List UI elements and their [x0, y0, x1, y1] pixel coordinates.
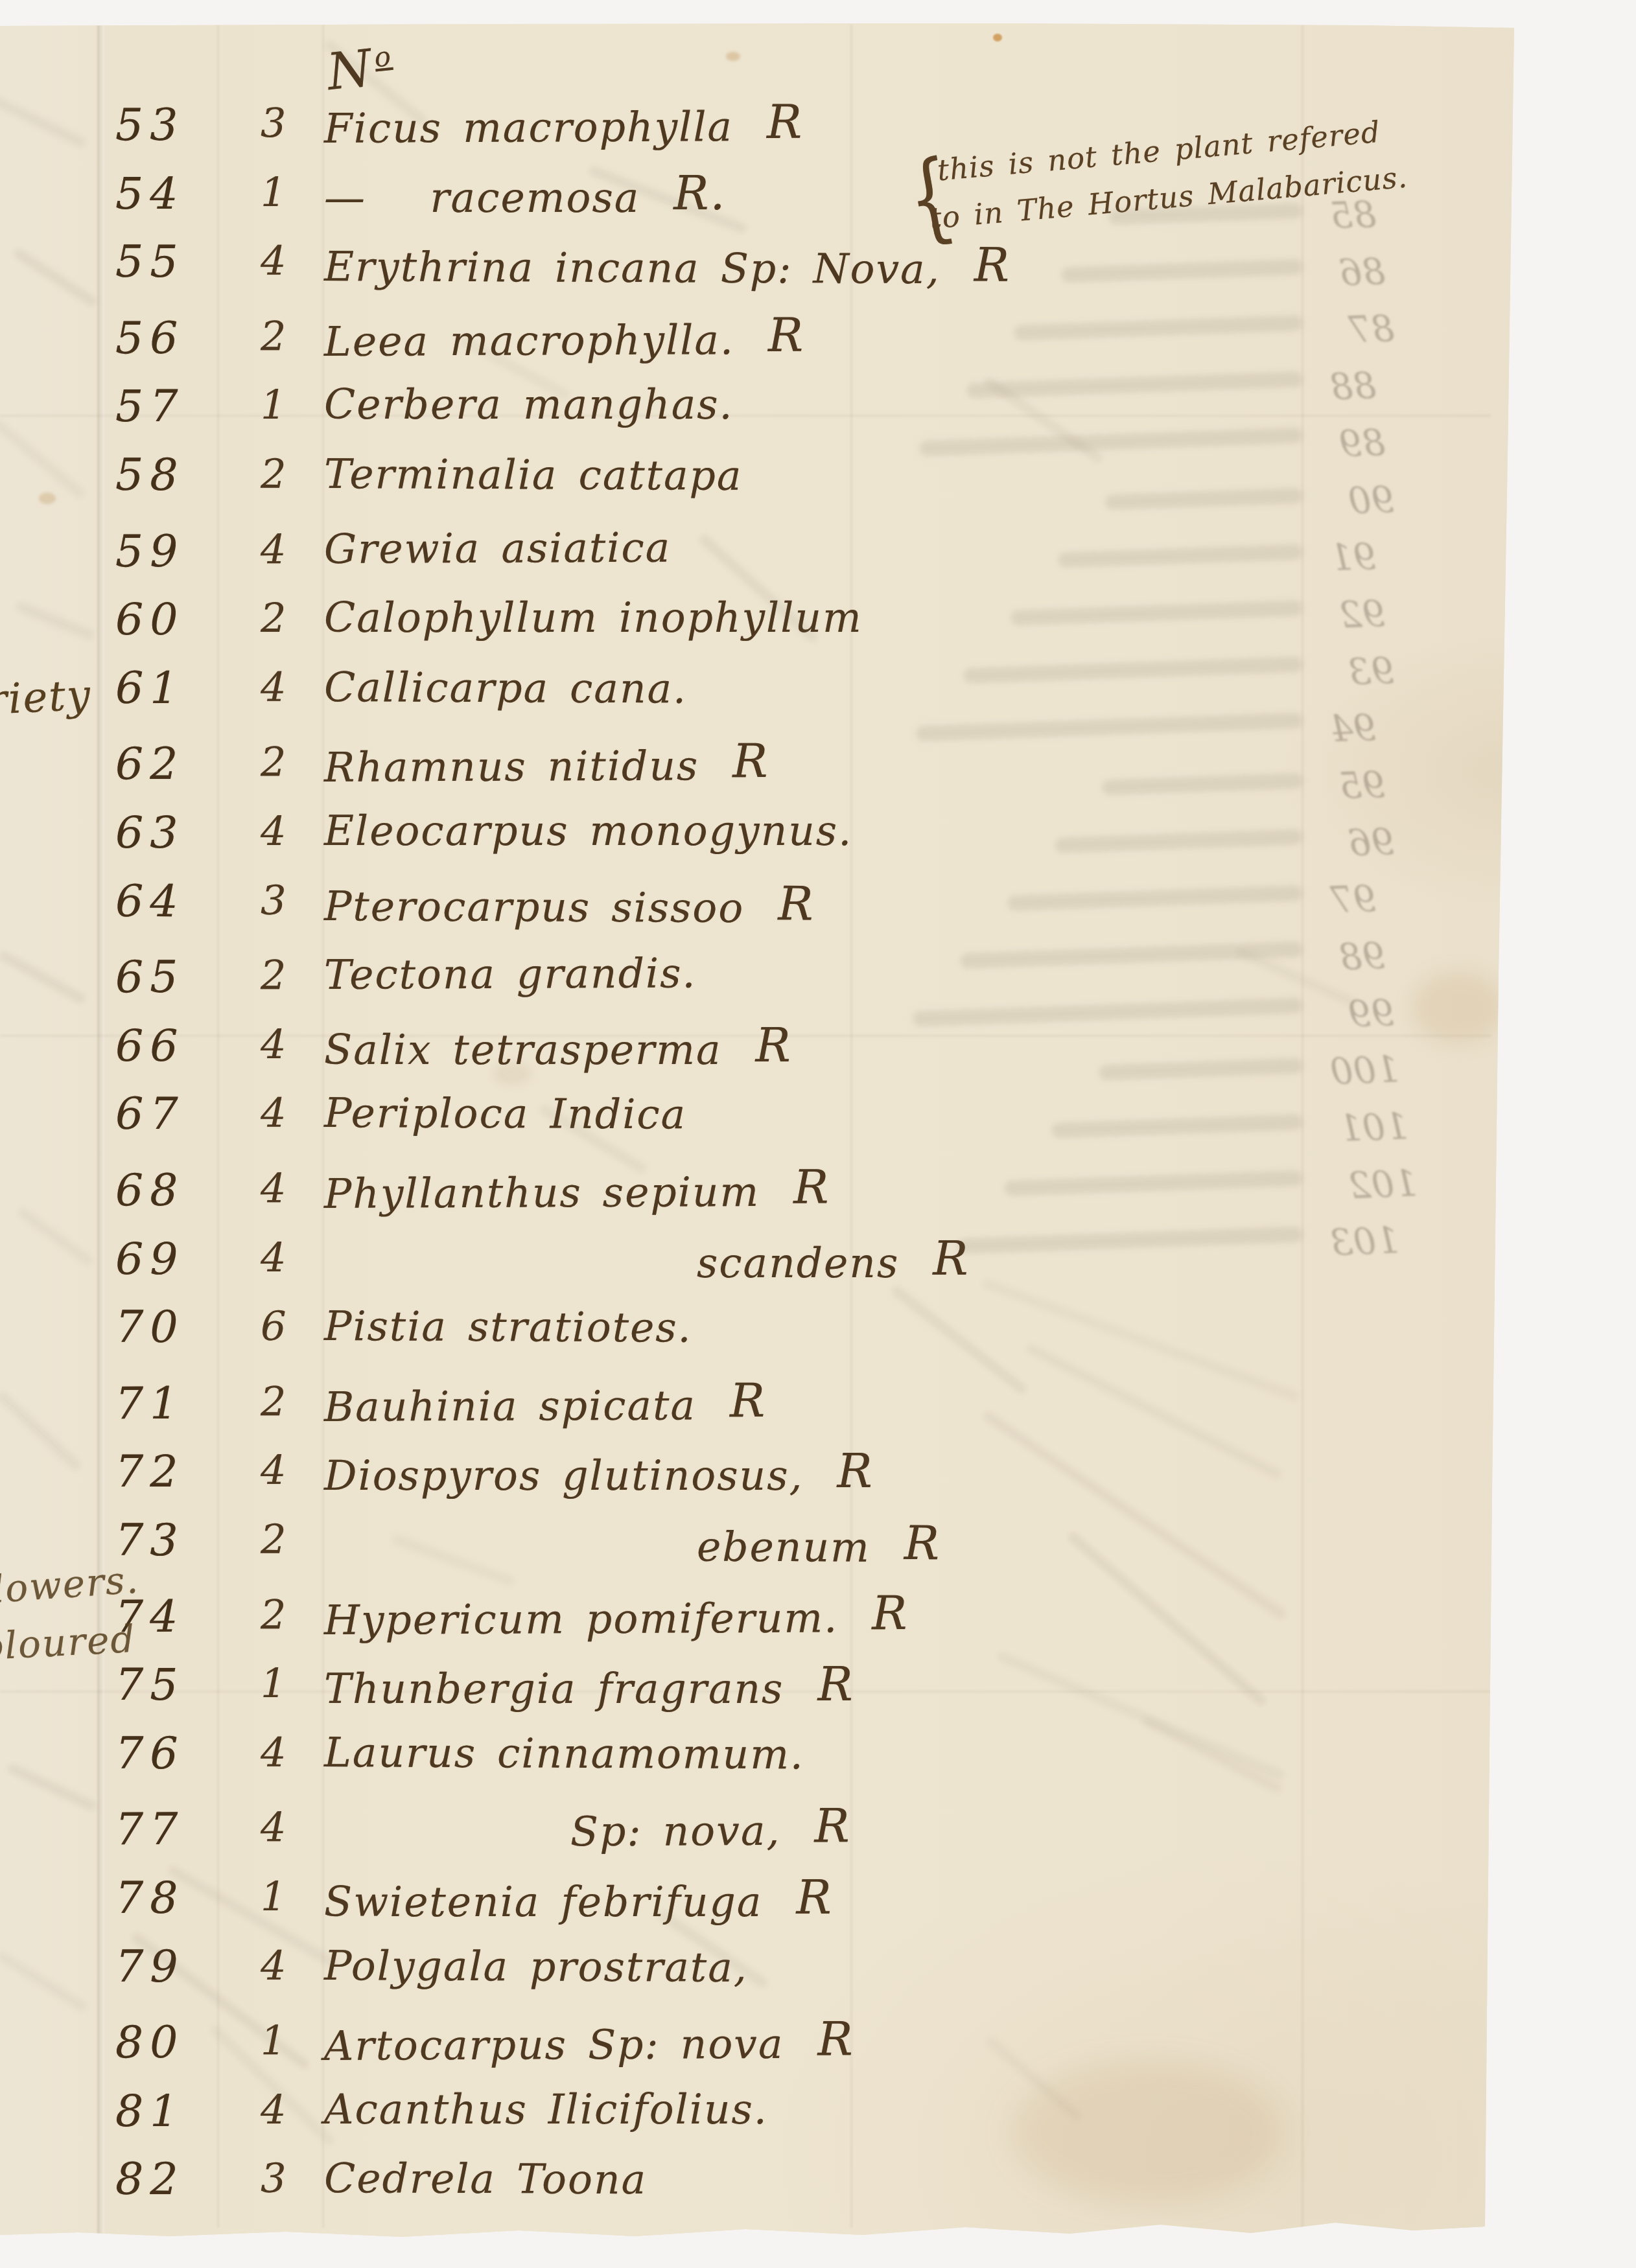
row-quantity: 3 — [261, 2155, 325, 2202]
row-quantity: 4 — [261, 663, 325, 710]
row-quantity: 4 — [261, 1089, 325, 1137]
bleed-through-number: 91 — [1329, 536, 1377, 579]
r-marker: R — [730, 1373, 767, 1428]
plant-name: Eleocarpus monogynus. — [324, 807, 852, 855]
row-quantity: 4 — [261, 237, 325, 284]
bleed-through-number: 101 — [1338, 1105, 1409, 1150]
plant-name: Pterocarpus sissooR — [324, 877, 815, 933]
bleed-through-number: 89 — [1338, 422, 1386, 465]
row-quantity: 2 — [261, 312, 325, 360]
list-row: 71 2 Bauhinia spicataR — [0, 1372, 1517, 1452]
plant-name: ebenumR — [697, 1518, 941, 1573]
row-number: 66 — [115, 1021, 226, 1072]
row-quantity: 2 — [261, 738, 325, 785]
row-number: 64 — [115, 875, 226, 927]
row-number: 77 — [115, 1804, 226, 1856]
row-number: 75 — [115, 1660, 226, 1711]
bleed-through-number: 100 — [1329, 1048, 1400, 1093]
plant-name-text: Grewia asiatica — [324, 524, 672, 572]
row-number: 80 — [115, 2017, 226, 2069]
row-number: 82 — [115, 2154, 226, 2206]
plant-name-text: Periploca Indica — [324, 1089, 686, 1138]
row-number: 63 — [115, 807, 226, 859]
r-marker: R — [767, 95, 804, 149]
bleed-through-number: 96 — [1348, 821, 1395, 864]
row-quantity: 1 — [261, 168, 325, 216]
r-marker: R — [768, 307, 805, 362]
manuscript-scan: No 53 3 Ficus macrophyllaR 54 1 — racemo… — [0, 0, 1636, 2268]
plant-name-text: Tectona grandis. — [324, 950, 697, 999]
list-row: 73 2 ebenumR — [0, 1514, 1517, 1593]
bleed-through-number: 97 — [1329, 878, 1377, 921]
list-row: 74 2 Hypericum pomiferum.R — [0, 1585, 1517, 1664]
r-marker: R — [904, 1516, 941, 1570]
row-number: 71 — [115, 1378, 226, 1429]
row-quantity: 6 — [261, 1302, 325, 1350]
bleed-through-number: 102 — [1348, 1163, 1418, 1207]
plant-name-text: Eleocarpus monogynus. — [324, 807, 852, 855]
plant-name-text: Leea macrophylla. — [324, 316, 734, 365]
plant-name-text: Swietenia febrifuga — [324, 1879, 762, 1926]
row-number: 54 — [115, 168, 226, 220]
list-row: 81 4 Acanthus Ilicifolius. — [0, 2086, 1517, 2158]
plant-name-text: Polygala prostrata, — [324, 1942, 748, 1991]
row-quantity: 2 — [261, 594, 325, 642]
plant-name: Laurus cinnamomum. — [324, 1729, 804, 1778]
plant-name-text: Terminalia cattapa — [324, 450, 743, 500]
list-row: 55 4 Erythrina incana Sp: Nova,R — [0, 236, 1517, 315]
row-quantity: 4 — [261, 1803, 325, 1851]
plant-name-text: Artocarpus Sp: nova — [324, 2020, 784, 2070]
plant-name: Thunbergia fragransR — [324, 1660, 854, 1714]
plant-name: Terminalia cattapa — [324, 450, 743, 500]
plant-name-text: Hypericum pomiferum. — [324, 1594, 839, 1643]
list-row: 76 4 Laurus cinnamomum. — [0, 1728, 1517, 1807]
r-marker: R — [817, 1657, 854, 1711]
row-quantity: 2 — [261, 951, 325, 999]
row-quantity: 1 — [261, 1873, 325, 1920]
list-row: 61 4 Callicarpa cana. — [0, 662, 1517, 741]
row-number: 68 — [115, 1165, 226, 1217]
row-quantity: 2 — [261, 1591, 325, 1638]
plant-name: Leea macrophylla.R — [324, 310, 805, 366]
plant-name-text: Diospyros glutinosus, — [324, 1452, 804, 1499]
bleed-through-number: 92 — [1338, 593, 1386, 636]
plant-name: scandensR — [697, 1234, 970, 1288]
r-marker: R — [796, 1870, 832, 1925]
row-quantity: 2 — [261, 450, 325, 498]
plant-name-text: Pterocarpus sissoo — [324, 883, 745, 932]
r-marker: R — [793, 1160, 830, 1214]
row-number: 59 — [115, 526, 226, 577]
r-marker: R — [732, 734, 769, 788]
row-quantity: 1 — [261, 381, 325, 428]
bleed-through-number: 87 — [1348, 308, 1395, 351]
plant-name: Bauhinia spicataR — [324, 1376, 767, 1432]
row-number: 69 — [115, 1234, 226, 1285]
plant-name: Artocarpus Sp: novaR — [324, 2015, 854, 2072]
row-quantity: 4 — [261, 1728, 325, 1776]
r-marker: R — [778, 876, 815, 931]
r-marker: R — [837, 1444, 874, 1498]
r-marker: R — [756, 1018, 792, 1072]
plant-name-text: Laurus cinnamomum. — [324, 1729, 804, 1778]
r-marker: R — [817, 2012, 854, 2066]
plant-name-text: Callicarpa cana. — [324, 664, 687, 712]
list-row: 69 4 scandensR — [0, 1234, 1517, 1306]
plant-name-text: Rhamnus nitidus — [324, 743, 699, 792]
plant-name: Erythrina incana Sp: Nova,R — [324, 237, 1011, 295]
list-row: 70 6 Pistia stratiotes. — [0, 1301, 1517, 1380]
plant-name-text: scandens — [697, 1240, 899, 1287]
row-number: 70 — [115, 1302, 226, 1354]
r-marker: R — [814, 1799, 851, 1853]
row-quantity: 1 — [261, 1660, 325, 1707]
plant-name-text: Cedrela Toona — [324, 2155, 647, 2203]
plant-name: Phyllanthus sepiumR — [324, 1163, 830, 1219]
plant-name: Cerbera manghas. — [324, 381, 734, 428]
row-quantity: 2 — [261, 1516, 325, 1563]
plant-name: Grewia asiatica — [324, 524, 672, 572]
row-quantity: 2 — [261, 1378, 325, 1425]
plant-name: Salix tetraspermaR — [324, 1021, 792, 1075]
bleed-through-number: 103 — [1329, 1220, 1400, 1264]
r-marker: R — [872, 1586, 909, 1640]
plant-name: Tectona grandis. — [324, 950, 697, 999]
list-row: 75 1 Thunbergia fragransR — [0, 1660, 1517, 1732]
plant-name-text: Salix tetrasperma — [324, 1026, 722, 1074]
row-number: 62 — [115, 739, 226, 791]
plant-name-text: Ficus macrophylla — [324, 103, 733, 152]
row-number: 60 — [115, 594, 226, 645]
row-number: 57 — [115, 381, 226, 432]
plant-name-text: Bauhinia spicata — [324, 1382, 696, 1431]
plant-name-text: Thunbergia fragrans — [324, 1665, 784, 1713]
row-number: 67 — [115, 1089, 226, 1140]
plant-name-text: Sp: nova, — [570, 1807, 781, 1855]
row-number: 56 — [115, 312, 226, 364]
row-quantity: 4 — [261, 1234, 325, 1281]
plant-name: Rhamnus nitidusR — [324, 736, 769, 793]
list-row: 78 1 Swietenia febrifugaR — [0, 1873, 1517, 1945]
plant-name-text: — racemosa — [324, 174, 640, 222]
row-quantity: 4 — [261, 526, 325, 573]
row-number: 61 — [115, 662, 226, 714]
plant-name-text: Erythrina incana Sp: Nova, — [324, 243, 941, 293]
row-number: 65 — [115, 952, 226, 1004]
list-row: 77 4 Sp: nova,R — [0, 1798, 1517, 1877]
plant-name: Sp: nova,R — [570, 1801, 851, 1857]
bleed-through-number: 86 — [1338, 251, 1386, 294]
plant-name-text: Phyllanthus sepium — [324, 1168, 760, 1218]
bleed-through-number: 98 — [1338, 935, 1386, 978]
list-row: 72 4 Diospyros glutinosus,R — [0, 1446, 1517, 1519]
plant-name: Polygala prostrata, — [324, 1942, 748, 1991]
bleed-through-number: 85 — [1329, 194, 1377, 237]
row-number: 78 — [115, 1873, 226, 1924]
ink-spot — [993, 34, 1002, 41]
paper-sheet: No 53 3 Ficus macrophyllaR 54 1 — racemo… — [0, 0, 1636, 2268]
plant-name: Hypericum pomiferum.R — [324, 1588, 909, 1645]
plant-name-text: Pistia stratiotes. — [324, 1302, 692, 1351]
bleed-through-number: 88 — [1329, 365, 1377, 408]
bleed-through-number: 93 — [1348, 650, 1395, 693]
row-quantity: 3 — [261, 99, 325, 146]
foxing-spot — [726, 52, 740, 61]
row-quantity: 4 — [261, 1164, 325, 1212]
header-no-superscript: o — [373, 40, 393, 74]
list-row: 82 3 Cedrela Toona — [0, 2153, 1517, 2232]
row-number: 76 — [115, 1728, 226, 1779]
plant-name: Acanthus Ilicifolius. — [324, 2086, 768, 2133]
plant-name-text: Cerbera manghas. — [324, 381, 734, 428]
row-number: 55 — [115, 237, 226, 288]
plant-name-text: Calophyllum inophyllum — [324, 594, 863, 642]
row-quantity: 4 — [261, 1021, 325, 1068]
list-row: 80 1 Artocarpus Sp: novaR — [0, 2011, 1517, 2090]
plant-name-text: Acanthus Ilicifolius. — [324, 2086, 768, 2133]
row-number: 72 — [115, 1446, 226, 1498]
row-quantity: 3 — [261, 876, 325, 923]
plant-name: Callicarpa cana. — [324, 664, 687, 712]
r-marker: R — [974, 238, 1011, 292]
adjacent-page-fragment: variety — [0, 671, 93, 727]
list-row: 66 4 Salix tetraspermaR — [0, 1021, 1517, 1093]
plant-name: Swietenia febrifugaR — [324, 1873, 833, 1927]
row-number: 81 — [115, 2086, 226, 2137]
plant-name: Pistia stratiotes. — [324, 1302, 692, 1351]
plant-name: Periploca Indica — [324, 1089, 686, 1138]
row-number: 58 — [115, 450, 226, 502]
row-quantity: 4 — [261, 1446, 325, 1494]
plant-name: Cedrela Toona — [324, 2155, 647, 2203]
bleed-through-number: 94 — [1329, 707, 1377, 750]
row-quantity: 4 — [261, 807, 325, 855]
row-number: 53 — [115, 100, 226, 152]
bleed-through-number: 90 — [1348, 479, 1395, 522]
bleed-through-number: 95 — [1338, 764, 1386, 807]
plant-name-text: ebenum — [697, 1523, 871, 1571]
plant-name: Calophyllum inophyllum — [324, 594, 863, 642]
plant-name: Diospyros glutinosus,R — [324, 1446, 874, 1501]
